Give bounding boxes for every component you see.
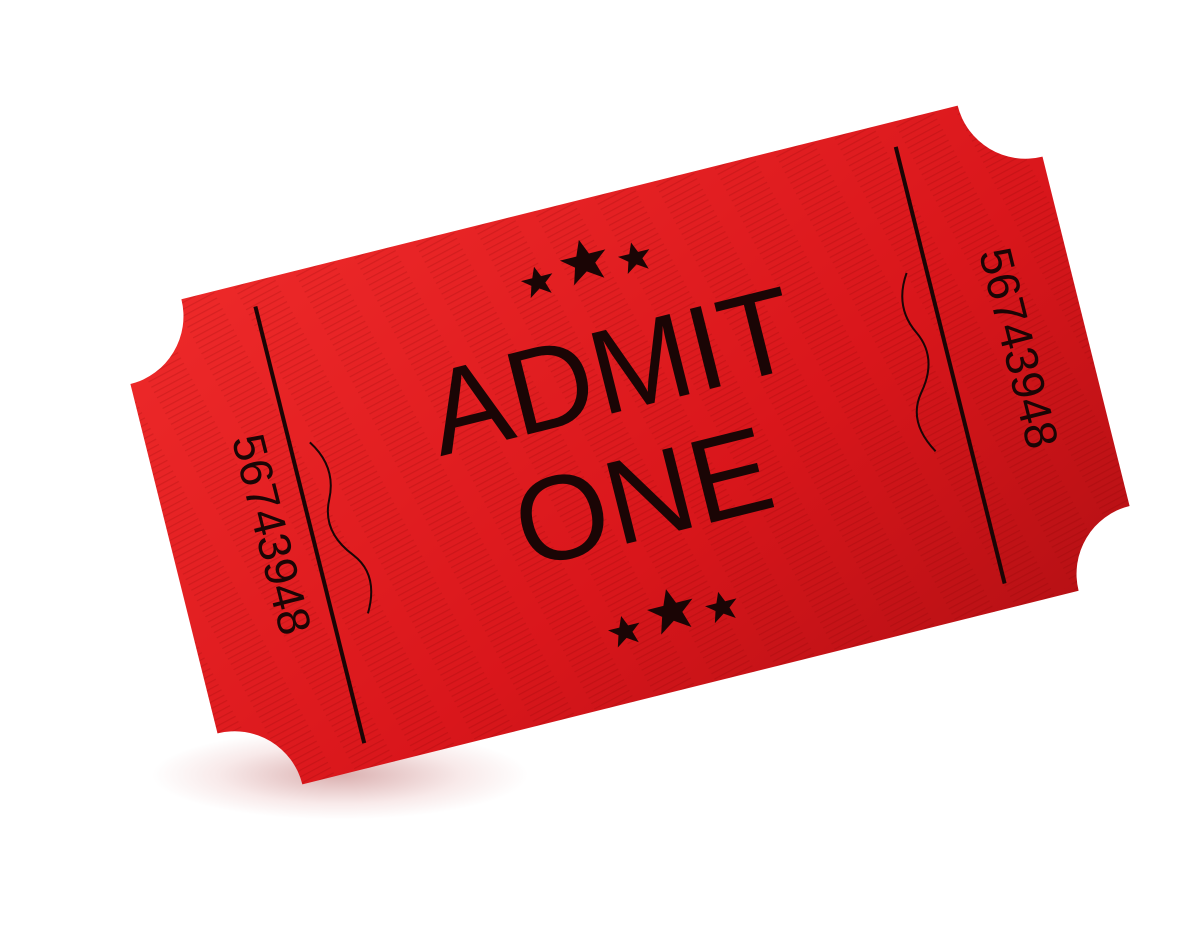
admit-one-ticket: ADMIT ONE 56743948 56743948	[95, 70, 1165, 820]
